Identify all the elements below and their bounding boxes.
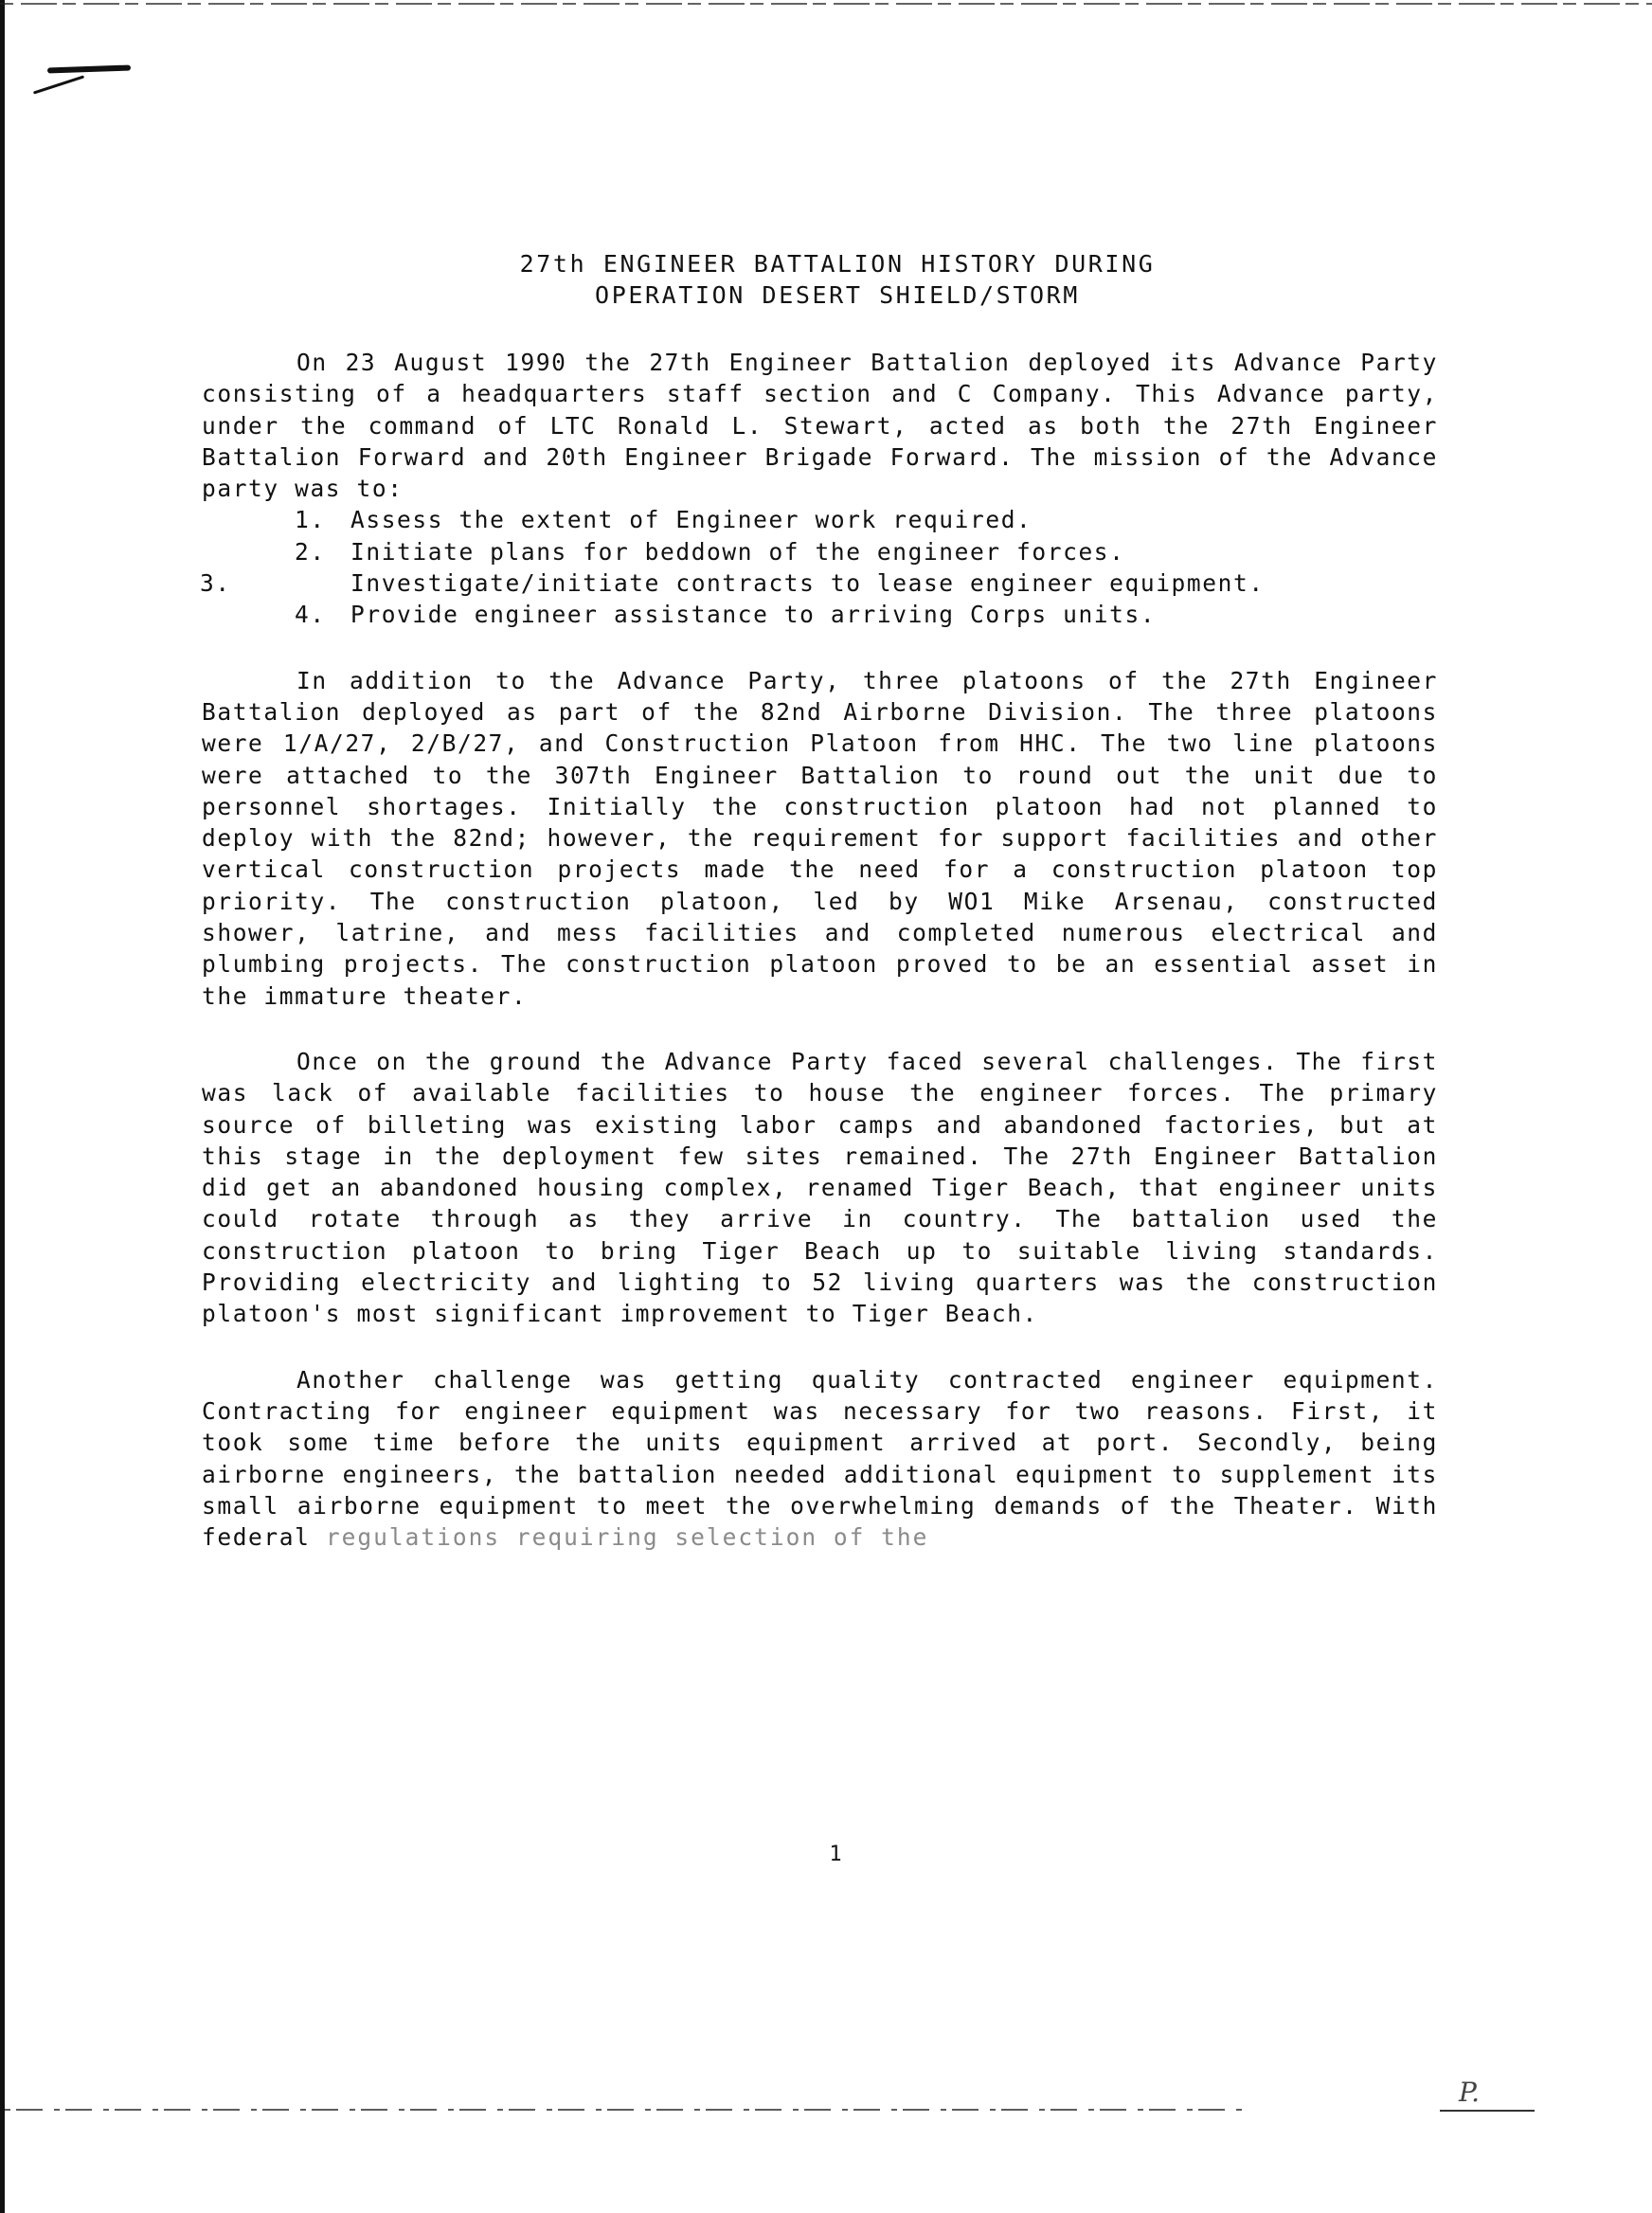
paragraph-advance-party: On 23 August 1990 the 27th Engineer Batt… — [202, 347, 1438, 504]
handwritten-initials: P. — [1459, 2077, 1480, 2108]
paragraph-platoons: In addition to the Advance Party, three … — [202, 665, 1438, 1012]
scan-border-top — [0, 3, 1652, 5]
mission-list: 1.Assess the extent of Engineer work req… — [202, 504, 1438, 630]
list-number: 2. — [295, 536, 350, 567]
paragraph-challenges: Once on the ground the Advance Party fac… — [202, 1046, 1438, 1330]
scan-footer-rule — [5, 2109, 1246, 2111]
pen-mark — [47, 64, 131, 73]
pen-mark — [33, 75, 84, 94]
list-text: Provide engineer assistance to arriving … — [350, 601, 1156, 628]
list-text: Investigate/initiate contracts to lease … — [350, 569, 1265, 597]
document-title: 27th ENGINEER BATTALION HISTORY DURING O… — [0, 248, 1652, 311]
list-text: Initiate plans for beddown of the engine… — [350, 538, 1125, 566]
title-line-2: OPERATION DESERT SHIELD/STORM — [0, 279, 1652, 311]
list-number: 1. — [295, 504, 350, 535]
list-number: 4. — [295, 599, 350, 630]
page-number: 1 — [0, 1843, 1652, 1866]
paragraph-equipment: Another challenge was getting quality co… — [202, 1364, 1438, 1554]
list-number: 3. — [295, 567, 350, 599]
list-text: Assess the extent of Engineer work requi… — [350, 506, 1032, 533]
title-line-1: 27th ENGINEER BATTALION HISTORY DURING — [0, 248, 1652, 279]
scan-border-left — [0, 0, 5, 2213]
mission-list-item: 3.Investigate/initiate contracts to leas… — [202, 567, 1438, 599]
paragraph-equipment-faded-text: regulations requiring selection of the — [326, 1523, 929, 1551]
mission-list-item: 1.Assess the extent of Engineer work req… — [202, 504, 1438, 535]
document-body: On 23 August 1990 the 27th Engineer Batt… — [202, 347, 1438, 1553]
mission-list-item: 2.Initiate plans for beddown of the engi… — [202, 536, 1438, 567]
mission-list-item: 4.Provide engineer assistance to arrivin… — [202, 599, 1438, 630]
scan-footer-rule-right — [1440, 2110, 1535, 2112]
